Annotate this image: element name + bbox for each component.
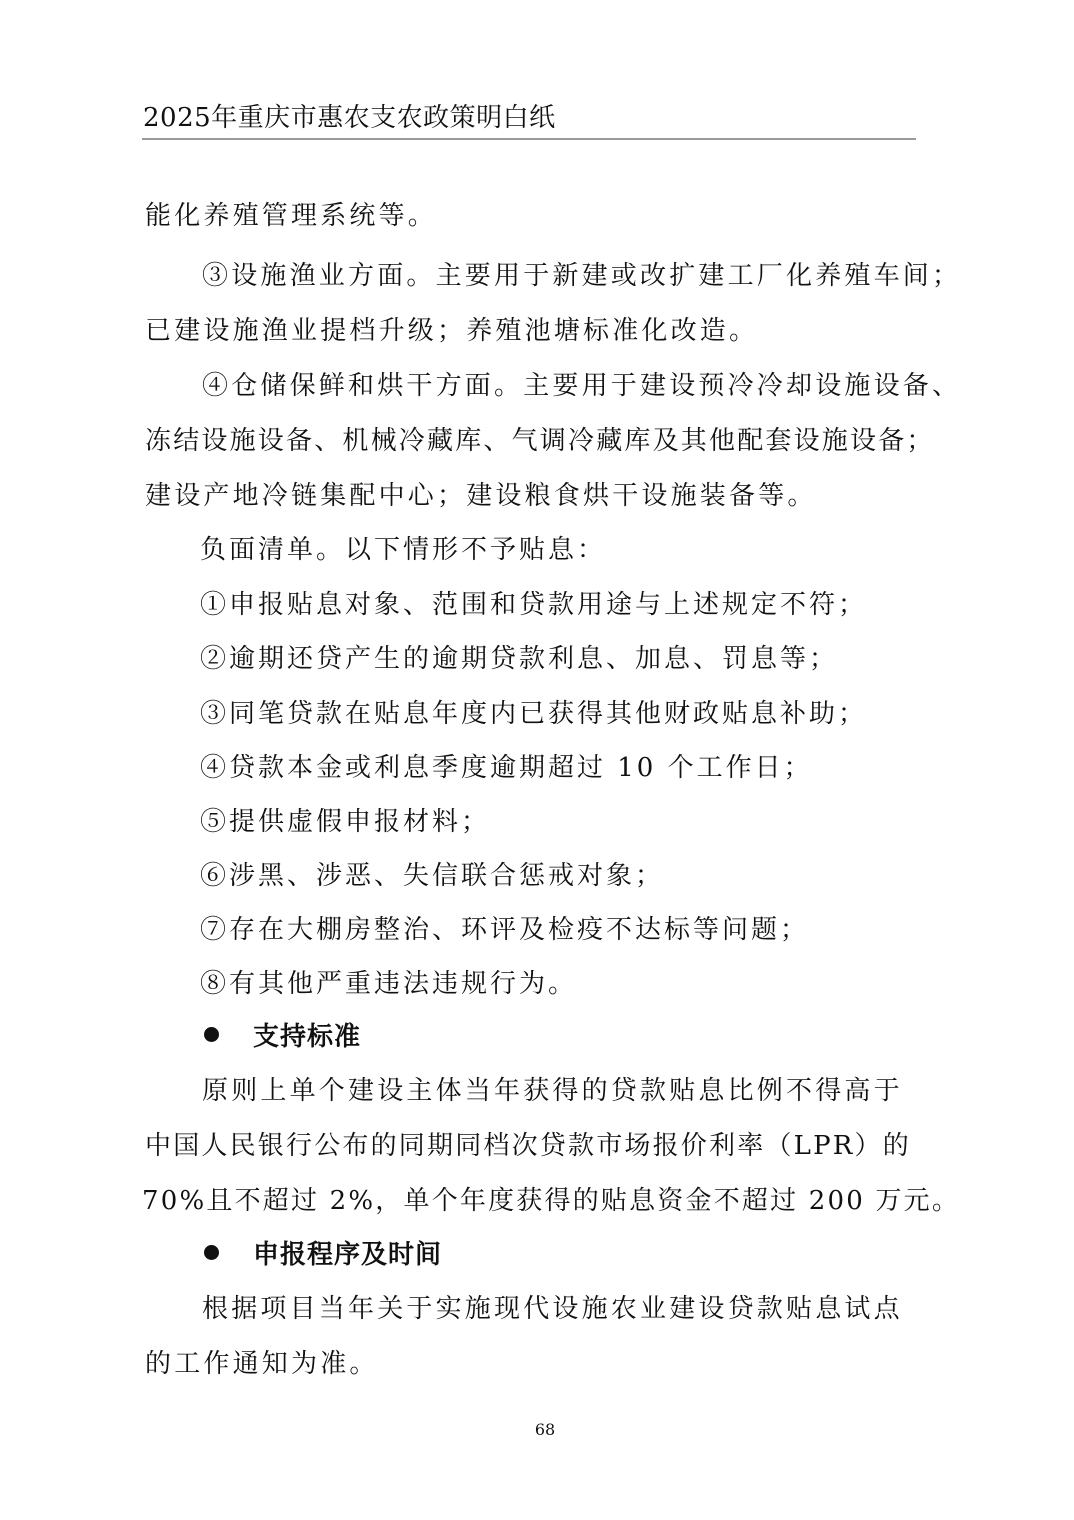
application-heading: 申报程序及时间 — [204, 1237, 442, 1273]
negative-list-item: ③同笔贷款在贴息年度内已获得其他财政贴息补助； — [200, 696, 980, 732]
negative-list-item: ⑦存在大棚房整治、环评及检疫不达标等问题； — [200, 912, 980, 948]
support-standard-line-2: 中国人民银行公布的同期同档次贷款市场报价利率（LPR）的 — [145, 1128, 925, 1164]
running-header: 2025年重庆市惠农支农政策明白纸 — [143, 100, 556, 136]
page-number: 68 — [0, 1420, 1074, 1440]
document-page: 2025年重庆市惠农支农政策明白纸 能化养殖管理系统等。 ③设施渔业方面。主要用… — [0, 0, 1074, 1520]
negative-list-item: ①申报贴息对象、范围和贷款用途与上述规定不符； — [200, 587, 980, 623]
storage-item-line-3: 建设产地冷链集配中心；建设粮食烘干设施装备等。 — [145, 478, 925, 514]
support-standard-line-1: 原则上单个建设主体当年获得的贷款贴息比例不得高于 — [202, 1073, 982, 1109]
storage-item-line-1: ④仓储保鲜和烘干方面。主要用于建设预冷冷却设施设备、 — [202, 368, 982, 404]
negative-list-item: ②逾期还贷产生的逾期贷款利息、加息、罚息等； — [200, 641, 980, 677]
support-standard-heading-text: 支持标准 — [253, 1022, 361, 1052]
storage-item-line-2: 冻结设施设备、机械冷藏库、气调冷藏库及其他配套设施设备； — [145, 423, 925, 459]
fishery-item-line-1: ③设施渔业方面。主要用于新建或改扩建工厂化养殖车间； — [202, 258, 982, 294]
bullet-icon — [204, 1027, 219, 1042]
application-line-2: 的工作通知为准。 — [145, 1346, 925, 1382]
fishery-item-line-2: 已建设施渔业提档升级；养殖池塘标准化改造。 — [145, 313, 925, 349]
support-standard-line-3: 70%且不超过 2%，单个年度获得的贴息资金不超过 200 万元。 — [142, 1183, 922, 1219]
support-standard-heading: 支持标准 — [204, 1019, 361, 1055]
application-line-1: 根据项目当年关于实施现代设施农业建设贷款贴息试点 — [202, 1291, 982, 1327]
header-divider — [142, 138, 916, 140]
continuation-text: 能化养殖管理系统等。 — [145, 198, 925, 234]
negative-list-item: ⑧有其他严重违法违规行为。 — [200, 966, 980, 1002]
negative-list-item: ④贷款本金或利息季度逾期超过 10 个工作日； — [200, 750, 980, 786]
negative-list-item: ⑤提供虚假申报材料； — [200, 804, 980, 840]
negative-list-item: ⑥涉黑、涉恶、失信联合惩戒对象； — [200, 858, 980, 894]
application-heading-text: 申报程序及时间 — [253, 1240, 442, 1270]
bullet-icon — [204, 1245, 219, 1260]
negative-list-intro: 负面清单。以下情形不予贴息： — [200, 532, 980, 568]
